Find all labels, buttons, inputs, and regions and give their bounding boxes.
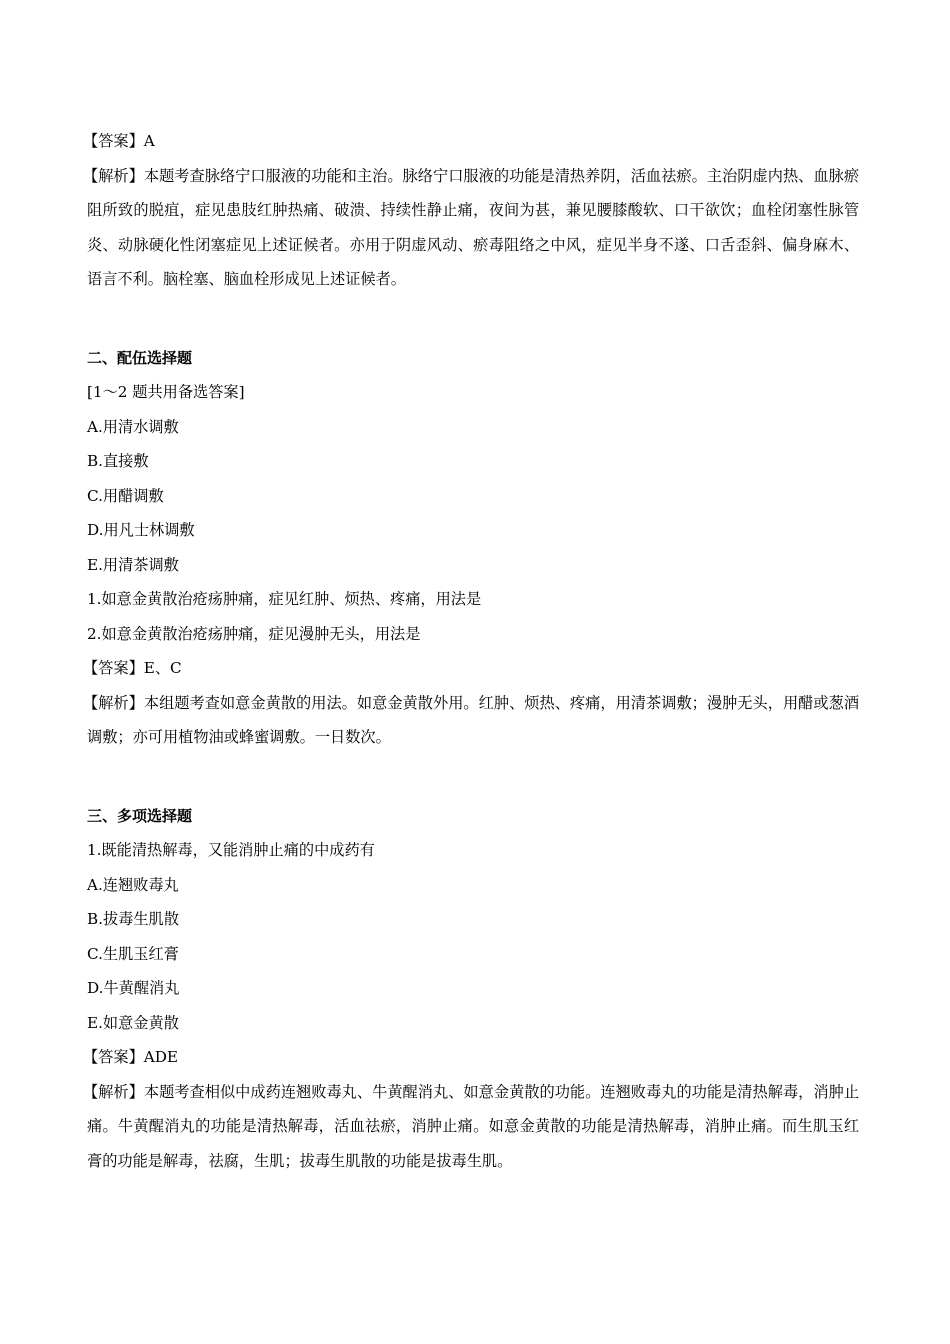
answer-label: 【答案】 xyxy=(83,659,144,677)
option-b: B.直接敷 xyxy=(87,444,859,479)
analysis-label: 【解析】 xyxy=(83,694,144,712)
option-c: C.用醋调敷 xyxy=(87,479,859,514)
answer-value: A xyxy=(144,132,155,150)
shared-options-note: [1～2 题共用备选答案] xyxy=(87,375,859,410)
document-page: 【答案】A 【解析】本题考查脉络宁口服液的功能和主治。脉络宁口服液的功能是清热养… xyxy=(87,124,859,1178)
answer-line: 【答案】ADE xyxy=(83,1040,859,1075)
option-e: E.用清茶调敷 xyxy=(87,548,859,583)
question-1: 1.既能清热解毒，又能消肿止痛的中成药有 xyxy=(87,833,859,868)
answer-line: 【答案】A xyxy=(83,124,859,159)
option-d: D.用凡士林调敷 xyxy=(87,513,859,548)
answer-label: 【答案】 xyxy=(83,1048,144,1066)
analysis-paragraph: 【解析】本题考查相似中成药连翘败毒丸、牛黄醒消丸、如意金黄散的功能。连翘败毒丸的… xyxy=(87,1075,859,1179)
answer-label: 【答案】 xyxy=(83,132,144,150)
analysis-label: 【解析】 xyxy=(83,167,144,185)
question-1: 1.如意金黄散治疮疡肿痛，症见红肿、烦热、疼痛，用法是 xyxy=(87,582,859,617)
option-d: D.牛黄醒消丸 xyxy=(87,971,859,1006)
analysis-text: 本组题考查如意金黄散的用法。如意金黄散外用。红肿、烦热、疼痛，用清茶调敷；漫肿无… xyxy=(87,694,859,747)
answer-value: ADE xyxy=(144,1048,178,1066)
section-heading-multiple-choice: 三、多项选择题 xyxy=(87,799,859,834)
analysis-paragraph: 【解析】本组题考查如意金黄散的用法。如意金黄散外用。红肿、烦热、疼痛，用清茶调敷… xyxy=(87,686,859,755)
section-heading-matching: 二、配伍选择题 xyxy=(87,341,859,376)
question-2: 2.如意金黄散治疮疡肿痛，症见漫肿无头，用法是 xyxy=(87,617,859,652)
option-a: A.连翘败毒丸 xyxy=(87,868,859,903)
option-e: E.如意金黄散 xyxy=(87,1006,859,1041)
analysis-text: 本题考查脉络宁口服液的功能和主治。脉络宁口服液的功能是清热养阴，活血祛瘀。主治阴… xyxy=(87,167,859,289)
analysis-paragraph: 【解析】本题考查脉络宁口服液的功能和主治。脉络宁口服液的功能是清热养阴，活血祛瘀… xyxy=(87,159,859,297)
analysis-label: 【解析】 xyxy=(83,1083,144,1101)
analysis-text: 本题考查相似中成药连翘败毒丸、牛黄醒消丸、如意金黄散的功能。连翘败毒丸的功能是清… xyxy=(87,1083,859,1170)
option-c: C.生肌玉红膏 xyxy=(87,937,859,972)
answer-line: 【答案】E、C xyxy=(83,651,859,686)
option-b: B.拔毒生肌散 xyxy=(87,902,859,937)
option-a: A.用清水调敷 xyxy=(87,410,859,445)
answer-value: E、C xyxy=(144,659,182,677)
